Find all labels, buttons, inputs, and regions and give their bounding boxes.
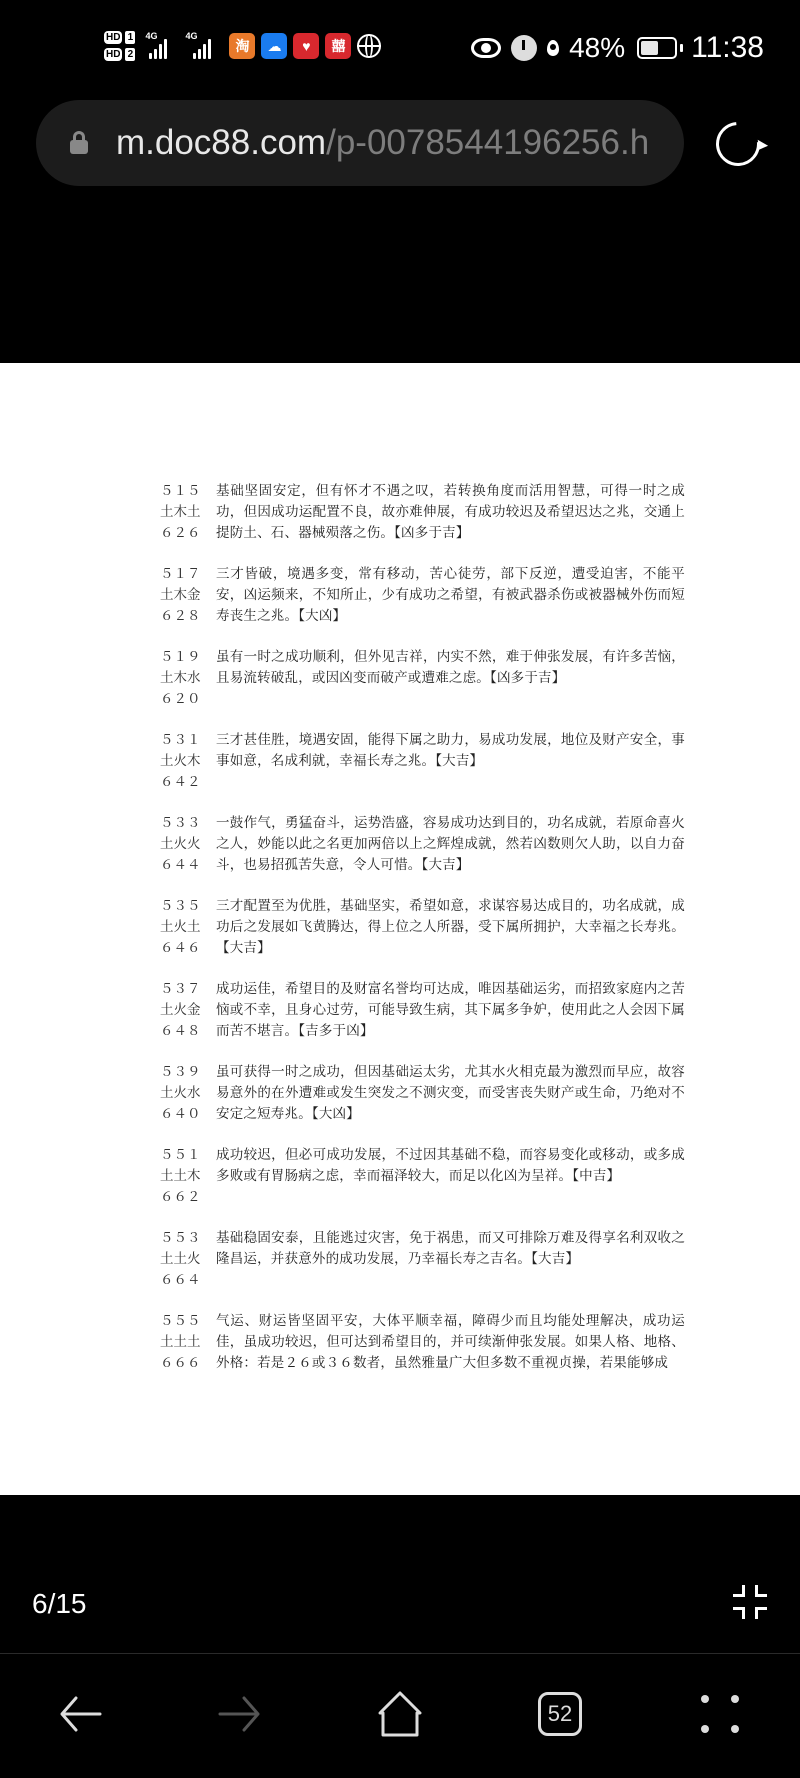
entry-elements: 土火水 [160, 1083, 216, 1104]
entry-meta: ５１９土木水６２０ [160, 647, 216, 710]
entry-strokes: ６６４ [160, 1270, 216, 1291]
entry-strokes: ６４４ [160, 855, 216, 876]
sim2-icon: 2 [125, 48, 135, 61]
signal-strength-icon: 4G [185, 33, 219, 59]
status-left: HD 1 HD 2 4G 4G 淘☁♥囍 [104, 26, 381, 66]
document-entry: ５１５土木土６２６基础坚固安定，但有怀才不遇之叹，若转换角度而活用智慧，可得一时… [160, 481, 685, 544]
entry-elements: 土木土 [160, 502, 216, 523]
entry-code: ５３５ [160, 896, 216, 917]
entry-meta: ５３９土火水６４０ [160, 1062, 216, 1125]
tabs-button[interactable]: 52 [530, 1684, 590, 1744]
entry-strokes: ６６６ [160, 1353, 216, 1374]
location-icon [547, 40, 559, 56]
document-entry: ５３３土火火６４４一鼓作气，勇猛奋斗，运势浩盛，容易成功达到目的，功名成就，若原… [160, 813, 685, 876]
entry-text: 虽有一时之成功顺利，但外见吉祥，内实不然，难于伸张发展，有许多苦恼，且易流转破乱… [216, 647, 685, 710]
status-right: 48% 11:38 [471, 28, 764, 68]
entry-elements: 土火金 [160, 1000, 216, 1021]
entry-elements: 土土木 [160, 1166, 216, 1187]
back-button[interactable] [50, 1684, 110, 1744]
entry-code: ５３１ [160, 730, 216, 751]
entry-strokes: ６２０ [160, 689, 216, 710]
document-entry: ５３５土火土６４６三才配置至为优胜，基础坚实，希望如意，求谋容易达成目的，功名成… [160, 896, 685, 959]
entry-strokes: ６４８ [160, 1021, 216, 1042]
home-button[interactable] [370, 1684, 430, 1744]
document-entry: ５５５土土土６６６气运、财运皆坚固平安，大体平顺幸福，障碍少而且均能处理解决，成… [160, 1311, 685, 1374]
entry-code: ５３９ [160, 1062, 216, 1083]
weather-icon: ☁ [261, 33, 287, 59]
tab-count-badge: 52 [538, 1692, 582, 1736]
document-entry: ５３７土火金６４８成功运佳，希望目的及财富名誉均可达成，唯因基础运劣，而招致家庭… [160, 979, 685, 1042]
entry-text: 成功较迟，但必可成功发展，不过因其基础不稳，而容易变化或移动，或多成多败或有胃肠… [216, 1145, 685, 1208]
entry-code: ５５３ [160, 1228, 216, 1249]
entry-strokes: ６４６ [160, 938, 216, 959]
entry-text: 成功运佳，希望目的及财富名誉均可达成，唯因基础运劣，而招致家庭内之苦恼或不幸，且… [216, 979, 685, 1042]
entry-meta: ５１７土木金６２８ [160, 564, 216, 627]
entry-code: ５１７ [160, 564, 216, 585]
promo-app-icon: 囍 [325, 33, 351, 59]
taobao-icon: 淘 [229, 33, 255, 59]
arrow-right-icon [216, 1692, 264, 1736]
entry-text: 气运、财运皆坚固平安，大体平顺幸福，障碍少而且均能处理解决，成功运佳，虽成功较迟… [216, 1311, 685, 1374]
entry-meta: ５５１土土木６６２ [160, 1145, 216, 1208]
entry-meta: ５５５土土土６６６ [160, 1311, 216, 1374]
entry-elements: 土火火 [160, 834, 216, 855]
entry-meta: ５３３土火火６４４ [160, 813, 216, 876]
hd-voice-icon: HD [104, 48, 122, 61]
entry-strokes: ６４０ [160, 1104, 216, 1125]
vpn-globe-icon [357, 34, 381, 58]
entry-text: 三才配置至为优胜，基础坚实，希望如意，求谋容易达成目的，功名成就，成功后之发展如… [216, 896, 685, 959]
battery-percentage: 48% [569, 32, 625, 64]
menu-button[interactable] [690, 1684, 750, 1744]
entry-elements: 土火木 [160, 751, 216, 772]
document-entry: ５１９土木水６２０虽有一时之成功顺利，但外见吉祥，内实不然，难于伸张发展，有许多… [160, 647, 685, 710]
alarm-icon [511, 35, 537, 61]
forward-button[interactable] [210, 1684, 270, 1744]
hd-voice-icon: HD [104, 31, 122, 44]
eye-comfort-icon [471, 38, 501, 58]
sim1-icon: 1 [125, 31, 135, 44]
url-text[interactable]: m.doc88.com/p-0078544196256.h [116, 100, 672, 186]
page-indicator: 6/15 [32, 1588, 87, 1620]
entry-text: 虽可获得一时之成功，但因基础运太劣，尤其水火相克最为激烈而早应，故容易意外的在外… [216, 1062, 685, 1125]
entry-meta: ５１５土木土６２６ [160, 481, 216, 544]
entry-code: ５５１ [160, 1145, 216, 1166]
entry-elements: 土火土 [160, 917, 216, 938]
entry-elements: 土木金 [160, 585, 216, 606]
entry-strokes: ６６２ [160, 1187, 216, 1208]
heart-app-icon: ♥ [293, 33, 319, 59]
battery-icon [637, 37, 677, 59]
entry-text: 基础坚固安定，但有怀才不遇之叹，若转换角度而活用智慧，可得一时之成功，但因成功运… [216, 481, 685, 544]
document-page[interactable]: ５１５土木土６２６基础坚固安定，但有怀才不遇之叹，若转换角度而活用智慧，可得一时… [0, 363, 800, 1495]
entry-code: ５１５ [160, 481, 216, 502]
entry-text: 基础稳固安泰，且能逃过灾害，免于祸患，而又可排除万难及得享名利双收之隆昌运，并获… [216, 1228, 685, 1291]
url-host: m.doc88.com [116, 123, 326, 162]
entry-code: ５３７ [160, 979, 216, 1000]
entry-text: 三才甚佳胜，境遇安固，能得下属之助力，易成功发展，地位及财产安全，事事如意，名成… [216, 730, 685, 793]
document-entry: ５１７土木金６２８三才皆破，境遇多变，常有移动，苦心徒劳，部下反逆，遭受迫害，不… [160, 564, 685, 627]
entry-code: ５１９ [160, 647, 216, 668]
document-entry: ５５１土土木６６２成功较迟，但必可成功发展，不过因其基础不稳，而容易变化或移动，… [160, 1145, 685, 1208]
entry-elements: 土土土 [160, 1332, 216, 1353]
entry-meta: ５３７土火金６４８ [160, 979, 216, 1042]
document-entry: ５５３土土火６６４基础稳固安泰，且能逃过灾害，免于祸患，而又可排除万难及得享名利… [160, 1228, 685, 1291]
exit-fullscreen-icon[interactable] [733, 1585, 767, 1619]
entry-strokes: ６４２ [160, 772, 216, 793]
entry-meta: ５５３土土火６６４ [160, 1228, 216, 1291]
entry-code: ５３３ [160, 813, 216, 834]
status-bar: HD 1 HD 2 4G 4G 淘☁♥囍 48% [0, 0, 800, 90]
reload-icon[interactable] [707, 113, 769, 175]
lock-icon[interactable] [70, 131, 88, 153]
document-entry: ５３１土火木６４２三才甚佳胜，境遇安固，能得下属之助力，易成功发展，地位及财产安… [160, 730, 685, 793]
url-path: /p-0078544196256.h [326, 123, 649, 162]
signal-strength-icon: 4G [145, 33, 175, 59]
menu-dots-icon [701, 1695, 739, 1733]
document-content: ５１５土木土６２６基础坚固安定，但有怀才不遇之叹，若转换角度而活用智慧，可得一时… [160, 481, 685, 1394]
entry-code: ５５５ [160, 1311, 216, 1332]
entry-elements: 土土火 [160, 1249, 216, 1270]
entry-meta: ５３５土火土６４６ [160, 896, 216, 959]
home-icon [375, 1689, 425, 1739]
address-bar[interactable]: m.doc88.com/p-0078544196256.h [36, 100, 684, 186]
clock: 11:38 [691, 31, 764, 65]
entry-strokes: ６２６ [160, 523, 216, 544]
entry-meta: ５３１土火木６４２ [160, 730, 216, 793]
entry-text: 三才皆破，境遇多变，常有移动，苦心徒劳，部下反逆，遭受迫害，不能平安，凶运频来，… [216, 564, 685, 627]
notification-icons: 淘☁♥囍 [229, 33, 351, 59]
document-entry: ５３９土火水６４０虽可获得一时之成功，但因基础运太劣，尤其水火相克最为激烈而早应… [160, 1062, 685, 1125]
arrow-left-icon [56, 1692, 104, 1736]
entry-text: 一鼓作气，勇猛奋斗，运势浩盛，容易成功达到目的，功名成就，若原命喜火之人，妙能以… [216, 813, 685, 876]
entry-strokes: ６２８ [160, 606, 216, 627]
sim-indicators: HD 1 HD 2 [104, 31, 135, 61]
browser-nav-bar: 52 [0, 1654, 800, 1778]
entry-elements: 土木水 [160, 668, 216, 689]
